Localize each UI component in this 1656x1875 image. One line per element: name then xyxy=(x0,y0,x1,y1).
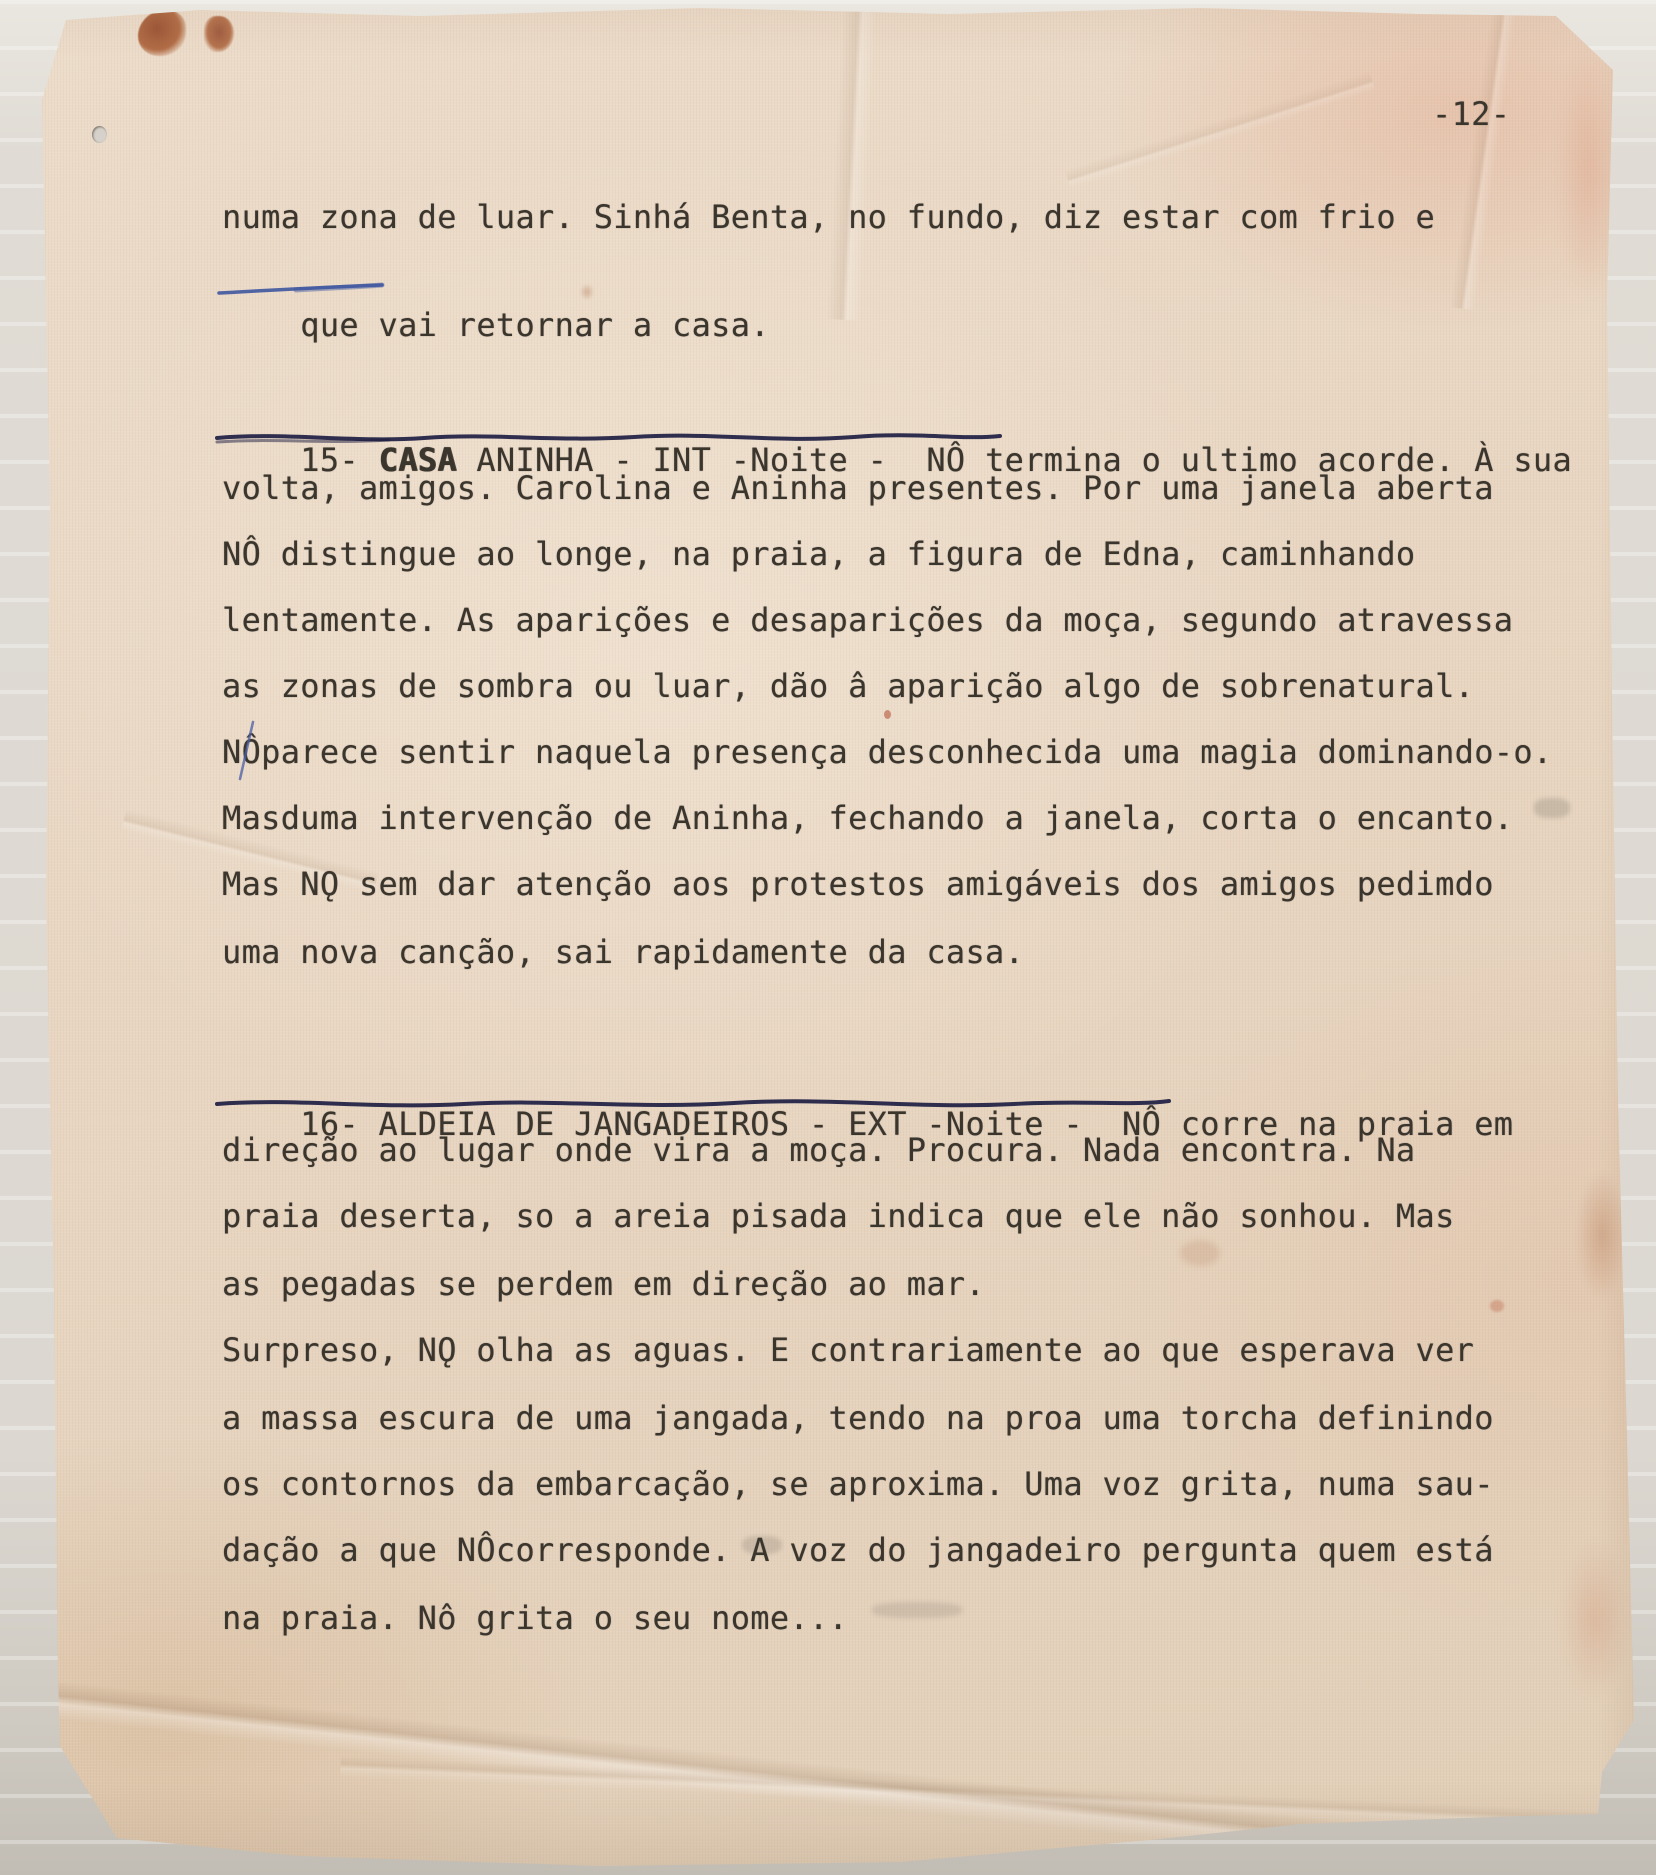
erasure-smudge xyxy=(872,1602,962,1618)
intro-line-2: que vai retornar a casa. xyxy=(222,265,770,385)
scene-15-line: volta, amigos. Carolina e Aninha present… xyxy=(222,468,1494,508)
intro-line-2-rest: retornar a casa. xyxy=(437,306,770,344)
edge-stain-right xyxy=(1576,1170,1628,1300)
scanned-script-page: { "page": { "number": "-12-" }, "colors"… xyxy=(0,0,1656,1875)
intro-line-1: numa zona de luar. Sinhá Benta, no fundo… xyxy=(222,197,1435,237)
scene-15-line: NÔparece sentir naquela presença desconh… xyxy=(222,732,1552,772)
crease-top-right xyxy=(1449,10,1516,311)
edge-stain-right xyxy=(1560,1540,1630,1700)
scene-15-line: Mas NǪ sem dar atenção aos protestos ami… xyxy=(222,864,1494,904)
rust-stain xyxy=(138,10,186,56)
red-speck xyxy=(884,710,891,719)
scene-16-line: a massa escura de uma jangada, tendo na … xyxy=(222,1398,1494,1438)
scene-15-line: uma nova canção, sai rapidamente da casa… xyxy=(222,932,1024,972)
scene-16-line: Surpreso, NǪ olha as aguas. E contrariam… xyxy=(222,1330,1474,1370)
scene-15-line: lentamente. As aparições e desaparições … xyxy=(222,600,1513,640)
scene-15-line: Masduma intervenção de Aninha, fechando … xyxy=(222,798,1513,838)
faint-stain xyxy=(1490,1300,1504,1312)
crease-top-center xyxy=(826,0,877,321)
scene-16-line: dação a que NÔcorresponde. A voz do jang… xyxy=(222,1530,1494,1570)
scene-15-line: as zonas de sombra ou luar, dão â apariç… xyxy=(222,666,1474,706)
scene-15-line: NÔ distingue ao longe, na praia, a figur… xyxy=(222,534,1416,574)
erasure-smudge xyxy=(1534,798,1570,818)
paper-sheet: -12- numa zona de luar. Sinhá Benta, no … xyxy=(0,0,1656,1875)
rust-stain xyxy=(204,16,234,52)
struck-text: que vai xyxy=(300,306,437,344)
page-number: -12- xyxy=(1432,94,1510,134)
punch-hole xyxy=(92,126,107,143)
scene-16-line: os contornos da embarcação, se aproxima.… xyxy=(222,1464,1494,1504)
faint-stain xyxy=(1180,1240,1220,1266)
scene-16-line: direção ao lugar onde vira a moça. Procu… xyxy=(222,1130,1416,1170)
scene-16-line: as pegadas se perdem em direção ao mar. xyxy=(222,1264,985,1304)
scene-16-line: na praia. Nô grita o seu nome... xyxy=(222,1598,848,1638)
scene-16-line: praia deserta, so a areia pisada indica … xyxy=(222,1196,1455,1236)
crease-center xyxy=(1065,71,1376,189)
